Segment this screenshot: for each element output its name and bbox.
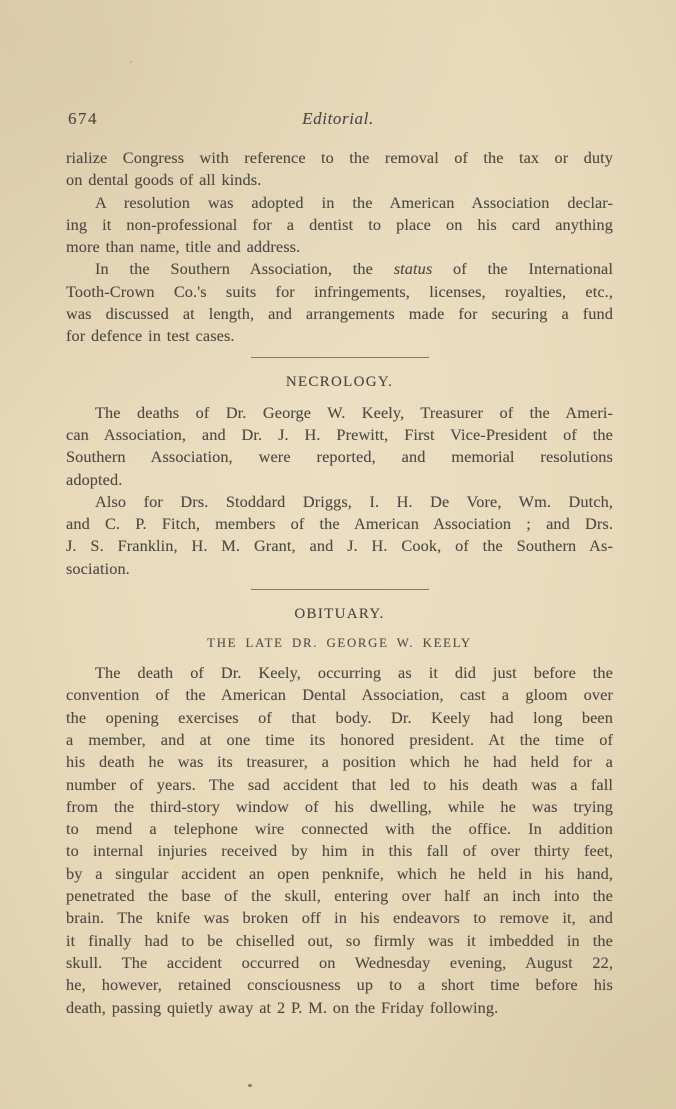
text-line: to mend a telephone wire connected with … [66, 818, 613, 840]
paragraph: A resolution was adopted in the American… [66, 192, 613, 259]
text-line: a member, and at one time its honored pr… [66, 729, 613, 751]
text-line: In the Southern Association, the status … [66, 258, 613, 280]
text-line: number of years. The sad accident that l… [66, 774, 613, 796]
section-divider-rule [251, 589, 429, 590]
text-line: adopted. [66, 469, 613, 491]
paragraph: Also for Drs. Stoddard Driggs, I. H. De … [66, 491, 613, 580]
page-body: rialize Congress with reference to the r… [66, 147, 613, 1019]
paragraph: The deaths of Dr. George W. Keely, Treas… [66, 402, 613, 491]
text-line: death, passing quietly away at 2 P. M. o… [66, 997, 613, 1019]
text-line: Also for Drs. Stoddard Driggs, I. H. De … [66, 491, 613, 513]
text-line: brain. The knife was broken off in his e… [66, 907, 613, 929]
text-line: rialize Congress with reference to the r… [66, 147, 613, 169]
text-line: on dental goods of all kinds. [66, 169, 613, 191]
section-divider-rule [251, 357, 429, 358]
text-line: sociation. [66, 558, 613, 580]
running-head: Editorial. [0, 107, 676, 130]
paragraph: rialize Congress with reference to the r… [66, 147, 613, 192]
section-heading-obituary: OBITUARY. [66, 603, 613, 625]
text-line: The deaths of Dr. George W. Keely, Treas… [66, 402, 613, 424]
section-heading-necrology: NECROLOGY. [66, 371, 613, 393]
text-line: can Association, and Dr. J. H. Prewitt, … [66, 424, 613, 446]
text-line: from the third-story window of his dwell… [66, 796, 613, 818]
text-line: convention of the American Dental Associ… [66, 684, 613, 706]
paragraph: The death of Dr. Keely, occurring as it … [66, 662, 613, 1019]
text-line: Tooth-Crown Co.'s suits for infringement… [66, 281, 613, 303]
text-line: ing it non-professional for a dentist to… [66, 214, 613, 236]
paper-speck [248, 1084, 252, 1087]
text-line: The death of Dr. Keely, occurring as it … [66, 662, 613, 684]
text-line: by a singular accident an open penknife,… [66, 863, 613, 885]
text-line: skull. The accident occurred on Wednesda… [66, 952, 613, 974]
page-header: 674 Editorial. [0, 0, 676, 130]
text-line: to internal injuries received by him in … [66, 840, 613, 862]
text-line: for defence in test cases. [66, 325, 613, 347]
book-page: 674 Editorial. rialize Congress with ref… [0, 0, 676, 1109]
text-line: was discussed at length, and arrangement… [66, 303, 613, 325]
paragraph: In the Southern Association, the status … [66, 258, 613, 347]
text-line: A resolution was adopted in the American… [66, 192, 613, 214]
section-subheading: THE LATE DR. GEORGE W. KEELY [66, 634, 613, 653]
text-line: and C. P. Fitch, members of the American… [66, 513, 613, 535]
text-line: his death he was its treasurer, a positi… [66, 751, 613, 773]
text-line: penetrated the base of the skull, enteri… [66, 885, 613, 907]
text-line: he, however, retained consciousness up t… [66, 974, 613, 996]
text-line: J. S. Franklin, H. M. Grant, and J. H. C… [66, 535, 613, 557]
paper-speck [130, 61, 132, 63]
page-number: 674 [68, 107, 98, 130]
text-line: Southern Association, were reported, and… [66, 446, 613, 468]
text-line: it finally had to be chiselled out, so f… [66, 930, 613, 952]
text-line: the opening exercises of that body. Dr. … [66, 707, 613, 729]
text-line: more than name, title and address. [66, 236, 613, 258]
